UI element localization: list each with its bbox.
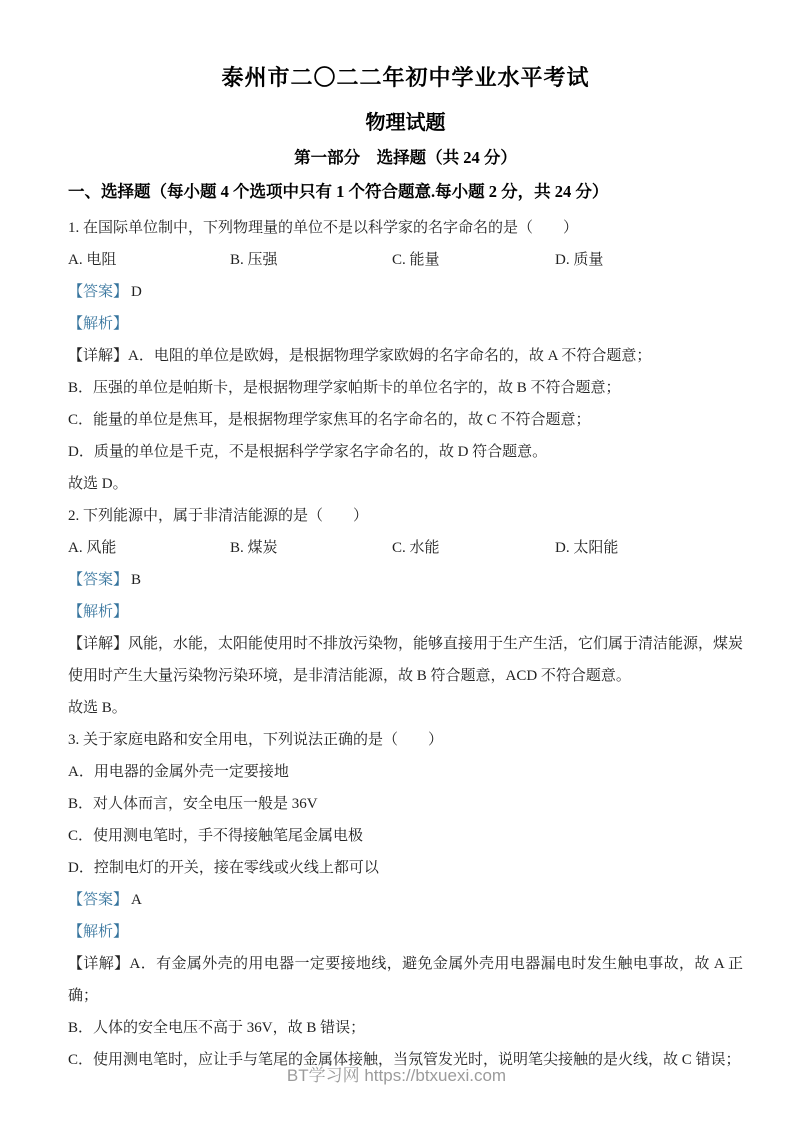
site-watermark: BT学习网 https://btxuexi.com (0, 1064, 793, 1088)
question-3-stem: 3. 关于家庭电路和安全用电，下列说法正确的是（ ） (68, 724, 743, 756)
question-2-option-a: A. 风能 (68, 532, 230, 564)
question-2-option-b: B. 煤炭 (230, 532, 392, 564)
question-1-answer: D (128, 284, 142, 300)
exam-title: 泰州市二〇二二年初中学业水平考试 (68, 64, 743, 92)
question-1-detail-line: B．压强的单位是帕斯卡，是根据物理学家帕斯卡的单位名字的，故 B 不符合题意； (68, 372, 743, 404)
question-1-stem: 1. 在国际单位制中，下列物理量的单位不是以科学家的名字命名的是（ ） (68, 212, 743, 244)
question-1-options: A. 电阻 B. 压强 C. 能量 D. 质量 (68, 244, 743, 276)
question-2-answer: B (128, 572, 141, 588)
question-1-detail-line: C．能量的单位是焦耳，是根据物理学家焦耳的名字命名的，故 C 不符合题意； (68, 404, 743, 436)
answer-label: 【答案】 (68, 284, 128, 300)
question-3-option-c: C．使用测电笔时，手不得接触笔尾金属电极 (68, 820, 743, 852)
analysis-label: 【解析】 (68, 924, 128, 940)
analysis-label: 【解析】 (68, 604, 128, 620)
question-2-stem: 2. 下列能源中，属于非清洁能源的是（ ） (68, 500, 743, 532)
question-1-analysis-line: 【解析】 (68, 308, 743, 340)
answer-label: 【答案】 (68, 892, 128, 908)
question-2-option-c: C. 水能 (392, 532, 555, 564)
question-1-conclusion: 故选 D。 (68, 468, 743, 500)
question-3-answer-line: 【答案】A (68, 884, 743, 916)
question-1-detail-line: D．质量的单位是千克，不是根据科学学家名字命名的，故 D 符合题意。 (68, 436, 743, 468)
section-heading: 一、选择题（每小题 4 个选项中只有 1 个符合题意.每小题 2 分，共 24 … (68, 180, 743, 204)
question-3-option-b: B．对人体而言，安全电压一般是 36V (68, 788, 743, 820)
question-2-answer-line: 【答案】B (68, 564, 743, 596)
document-page: 泰州市二〇二二年初中学业水平考试 物理试题 第一部分 选择题（共 24 分） 一… (0, 0, 793, 1122)
question-1-answer-line: 【答案】D (68, 276, 743, 308)
question-1-detail-line: 【详解】A．电阻的单位是欧姆，是根据物理学家欧姆的名字命名的，故 A 不符合题意… (68, 340, 743, 372)
question-1-option-b: B. 压强 (230, 244, 392, 276)
question-2-analysis-line: 【解析】 (68, 596, 743, 628)
question-3-analysis-line: 【解析】 (68, 916, 743, 948)
question-3-detail-line: B．人体的安全电压不高于 36V，故 B 错误； (68, 1012, 743, 1044)
part-heading: 第一部分 选择题（共 24 分） (68, 146, 743, 170)
question-3-answer: A (128, 892, 142, 908)
question-2-detail-line: 【详解】风能，水能，太阳能使用时不排放污染物，能够直接用于生产生活，它们属于清洁… (68, 628, 743, 692)
analysis-label: 【解析】 (68, 316, 128, 332)
answer-label: 【答案】 (68, 572, 128, 588)
question-1-option-c: C. 能量 (392, 244, 555, 276)
question-1-option-a: A. 电阻 (68, 244, 230, 276)
question-3-option-a: A．用电器的金属外壳一定要接地 (68, 756, 743, 788)
question-3-detail-line: 【详解】A．有金属外壳的用电器一定要接地线，避免金属外壳用电器漏电时发生触电事故… (68, 948, 743, 1012)
exam-subtitle: 物理试题 (68, 110, 743, 136)
question-3-option-d: D．控制电灯的开关，接在零线或火线上都可以 (68, 852, 743, 884)
question-1-option-d: D. 质量 (555, 244, 743, 276)
question-2-options: A. 风能 B. 煤炭 C. 水能 D. 太阳能 (68, 532, 743, 564)
question-2-conclusion: 故选 B。 (68, 692, 743, 724)
question-2-option-d: D. 太阳能 (555, 532, 743, 564)
